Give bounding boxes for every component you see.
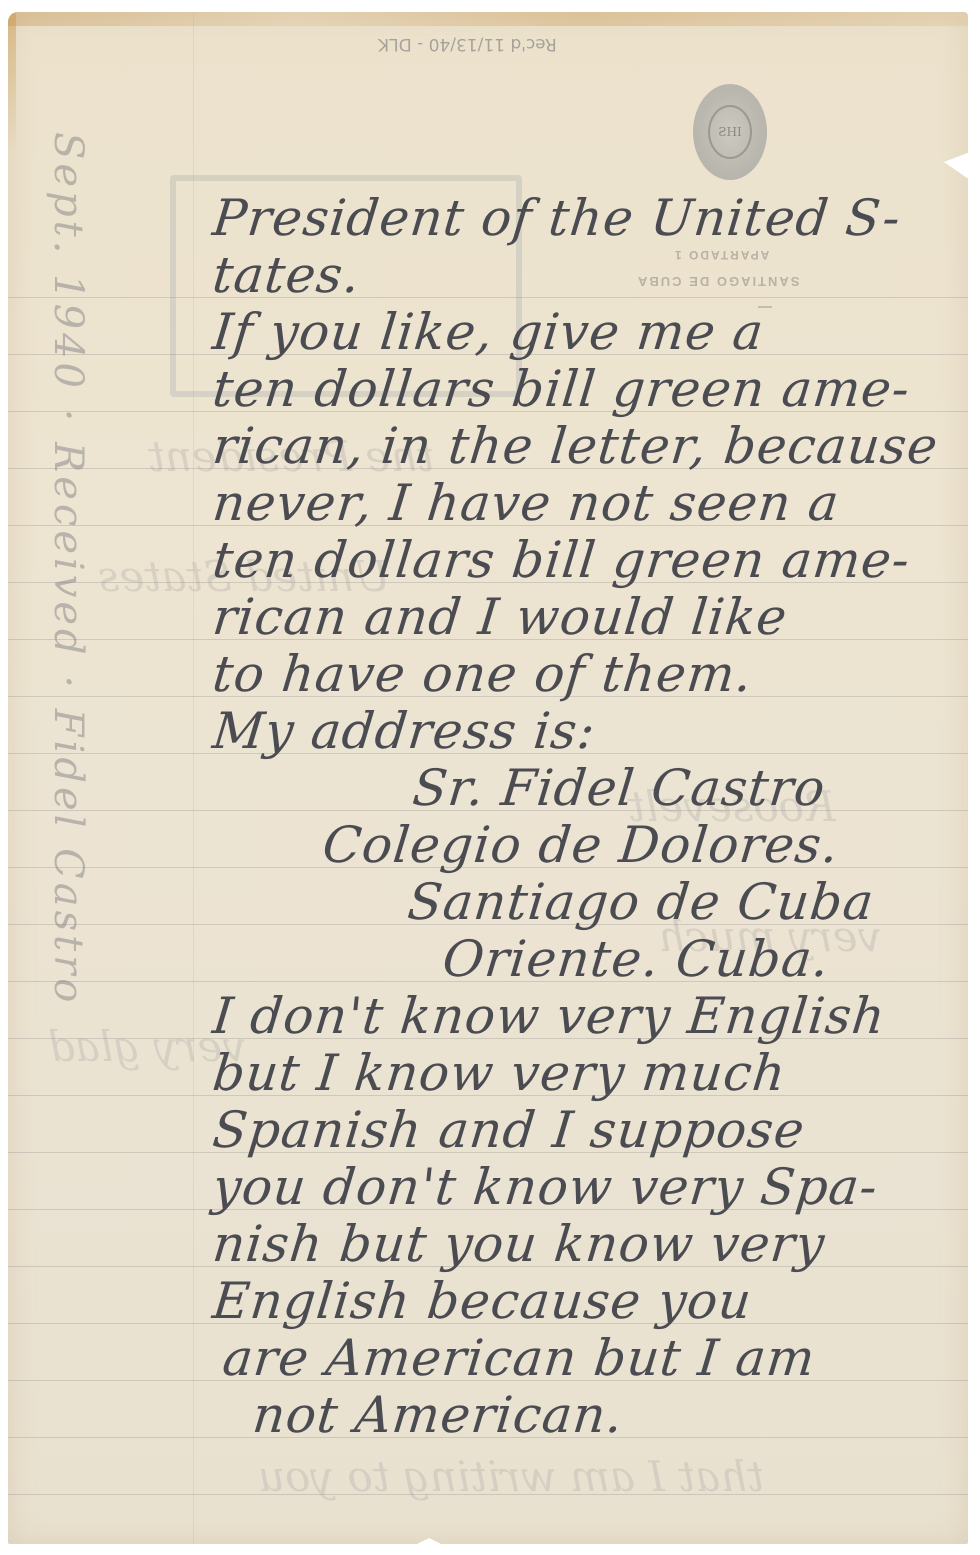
- address-line-city: Santiago de Cuba: [405, 874, 877, 930]
- handwritten-line: but I know very much: [210, 1045, 789, 1101]
- handwritten-line: Spanish and I suppose: [210, 1102, 808, 1158]
- handwritten-line: tates.: [210, 247, 363, 303]
- handwritten-line: ten dollars bill green ame-: [210, 361, 913, 417]
- letterhead-line-1: APARTADO 1: [673, 248, 769, 262]
- handwritten-line: never, I have not seen a: [210, 475, 842, 531]
- archival-pencil-note: Rec'd 11/13/40 - DLK: [378, 34, 557, 54]
- handwritten-line: I don't know very English: [210, 988, 888, 1044]
- handwritten-line: rican, in the letter, because: [210, 418, 941, 474]
- letterhead-seal-icon: IHS: [693, 84, 767, 180]
- letter-paper: Rec'd 11/13/40 - DLK IHS APARTADO 1 SANT…: [8, 12, 968, 1544]
- handwritten-line: are American but I am: [220, 1330, 818, 1386]
- handwritten-line: President of the United S-: [210, 190, 904, 246]
- paper-stain-left: [8, 12, 16, 152]
- handwritten-line: ten dollars bill green ame-: [210, 532, 913, 588]
- handwritten-line: you don't know very Spa-: [210, 1159, 881, 1215]
- address-line-name: Sr. Fidel Castro: [410, 760, 828, 816]
- handwritten-line: nish but you know very: [210, 1216, 828, 1272]
- handwritten-line: My address is:: [210, 703, 598, 759]
- letterhead-line-2: SANTIAGO DE CUBA: [636, 274, 799, 289]
- handwritten-line: rican and I would like: [210, 589, 790, 645]
- margin-pencil-note: Sept. 1940 · Received · Fidel Castro: [45, 132, 91, 1432]
- handwritten-line: If you like, give me a: [210, 304, 767, 360]
- address-line-province: Oriente. Cuba.: [440, 931, 832, 987]
- paper-stain-top: [8, 12, 968, 26]
- handwritten-line: to have one of them.: [210, 646, 755, 702]
- bleed-through-text: that I am writing to you: [258, 1452, 764, 1501]
- paper-tear-bottom: [413, 1538, 445, 1544]
- handwritten-line: English because you: [210, 1273, 755, 1329]
- handwritten-line: not American.: [250, 1387, 626, 1443]
- address-line-school: Colegio de Dolores.: [320, 817, 842, 873]
- seal-monogram: IHS: [708, 105, 752, 159]
- paper-tear-right: [944, 152, 968, 180]
